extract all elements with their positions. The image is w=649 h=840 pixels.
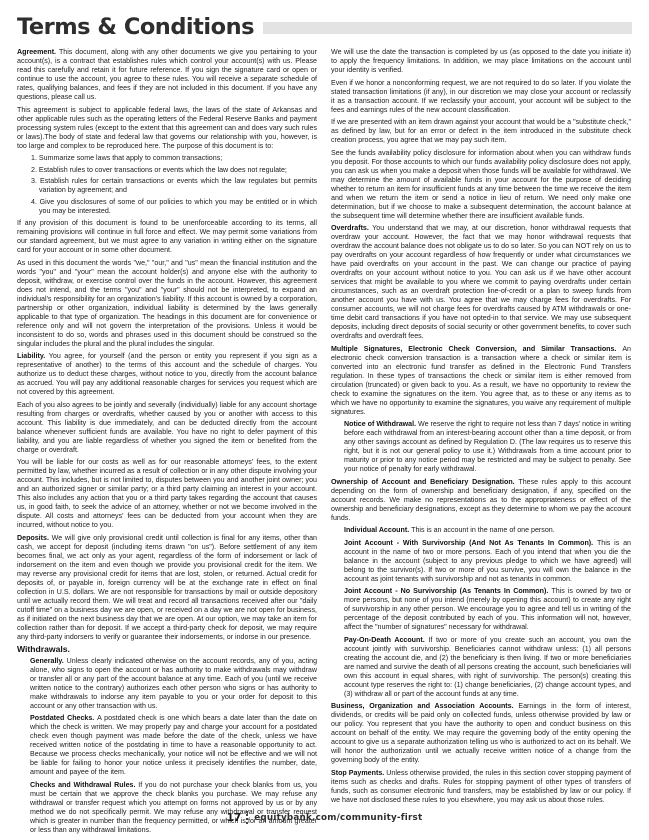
page-title: Terms & Conditions <box>17 16 254 39</box>
paragraph: Joint Account - No Survivorship (As Tena… <box>344 587 631 632</box>
paragraph-label: Deposits. <box>17 534 52 542</box>
footer-dotted-divider-icon <box>246 811 248 824</box>
paragraph: Overdrafts. You understand that we may, … <box>331 224 631 341</box>
paragraph-label: Liability. <box>17 352 49 360</box>
paragraph: Stop Payments. Unless otherwise provided… <box>331 769 631 805</box>
left-column: Agreement. This document, along with any… <box>17 48 317 838</box>
paragraph: Ownership of Account and Beneficiary Des… <box>331 478 631 523</box>
paragraph: Each of you also agrees to be jointly an… <box>17 401 317 455</box>
list-item: 3. Establish rules for certain transacti… <box>17 177 317 195</box>
paragraph: Checks and Withdrawal Rules. If you do n… <box>30 781 317 835</box>
paragraph: If we are presented with an item drawn a… <box>331 118 631 145</box>
paragraph: This agreement is subject to applicable … <box>17 106 317 151</box>
paragraph: Multiple Signatures, Electronic Check Co… <box>331 345 631 417</box>
section-heading: Withdrawals. <box>17 645 317 654</box>
paragraph-label: Checks and Withdrawal Rules. <box>30 781 138 789</box>
page-number: 17 <box>227 812 242 824</box>
paragraph: Notice of Withdrawal. We reserve the rig… <box>344 420 631 474</box>
list-item: 2. Establish rules to cover transactions… <box>17 166 317 175</box>
paragraph-label: Joint Account - No Survivorship (As Tena… <box>344 587 551 595</box>
paragraph: Liability. You agree, for yourself (and … <box>17 352 317 397</box>
paragraph-label: Agreement. <box>17 48 59 56</box>
numbered-list: 1. Summarize some laws that apply to com… <box>17 154 317 216</box>
paragraph: See the funds availability policy disclo… <box>331 149 631 221</box>
page-header: Terms & Conditions <box>17 10 632 44</box>
document-body: Agreement. This document, along with any… <box>17 48 632 838</box>
paragraph: Postdated Checks. A postdated check is o… <box>30 714 317 777</box>
list-item: 1. Summarize some laws that apply to com… <box>17 154 317 163</box>
paragraph-label: Pay-On-Death Account. <box>344 636 428 644</box>
paragraph-label: Business, Organization and Association A… <box>331 702 518 710</box>
paragraph: Deposits. We will give only provisional … <box>17 534 317 642</box>
paragraph: As used in this document the words "we,"… <box>17 259 317 349</box>
paragraph-label: Multiple Signatures, Electronic Check Co… <box>331 345 622 353</box>
paragraph: Pay-On-Death Account. If two or more of … <box>344 636 631 699</box>
footer-url: equitybank.com/community-first <box>254 813 422 823</box>
page-footer: 17 equitybank.com/community-first <box>0 811 649 824</box>
paragraph-label: Individual Account. <box>344 526 411 534</box>
paragraph: You will be liable for our costs as well… <box>17 458 317 530</box>
paragraph-label: Stop Payments. <box>331 769 386 777</box>
document-page: Terms & Conditions Agreement. This docum… <box>0 0 649 840</box>
paragraph-label: Notice of Withdrawal. <box>344 420 418 428</box>
paragraph-label: Joint Account - With Survivorship (And N… <box>344 539 597 547</box>
title-accent-bar <box>263 22 632 34</box>
paragraph: Even if we honor a nonconforming request… <box>331 79 631 115</box>
paragraph: If any provision of this document is fou… <box>17 219 317 255</box>
paragraph: Business, Organization and Association A… <box>331 702 631 765</box>
paragraph-label: Generally. <box>30 657 67 665</box>
paragraph: Joint Account - With Survivorship (And N… <box>344 539 631 584</box>
paragraph: We will use the date the transaction is … <box>331 48 631 75</box>
right-column: We will use the date the transaction is … <box>331 48 631 808</box>
list-item: 4. Give you disclosures of some of our p… <box>17 198 317 216</box>
paragraph: Individual Account. This is an account i… <box>344 526 631 535</box>
paragraph-label: Overdrafts. <box>331 224 372 232</box>
paragraph: Generally. Unless clearly indicated othe… <box>30 657 317 711</box>
paragraph-label: Postdated Checks. <box>30 714 97 722</box>
paragraph-label: Ownership of Account and Beneficiary Des… <box>331 478 518 486</box>
paragraph: Agreement. This document, along with any… <box>17 48 317 102</box>
